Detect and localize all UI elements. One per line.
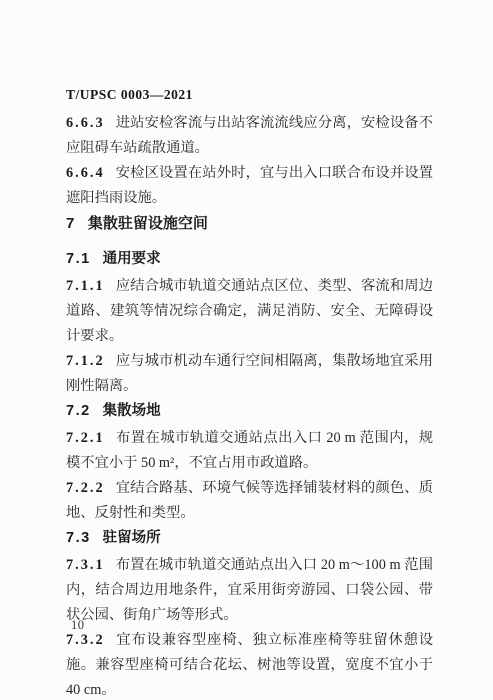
clause-7-3-2: 7.3.2宜布设兼容型座椅、独立标准座椅等驻留休憩设施。兼容型座椅可结合花坛、树… bbox=[66, 628, 433, 700]
chapter-7-heading: 7集散驻留设施空间 bbox=[66, 211, 433, 236]
clause-text: 应与城市机动车通行空间相隔离，集散场地宜采用刚性隔离。 bbox=[66, 353, 433, 394]
document-page: T/UPSC 0003—2021 6.6.3进站安检客流与出站客流流线应分离，安… bbox=[0, 0, 493, 700]
clause-number: 7.1.1 bbox=[66, 278, 105, 294]
section-title: 集散场地 bbox=[103, 403, 161, 419]
clause-6-6-4: 6.6.4安检区设置在站外时，宜与出入口联合布设并设置遮阳挡雨设施。 bbox=[66, 161, 433, 211]
standard-number-header: T/UPSC 0003—2021 bbox=[66, 86, 433, 104]
clause-7-2-2: 7.2.2宜结合路基、环境气候等选择铺装材料的颜色、质地、反射性和类型。 bbox=[66, 476, 433, 526]
chapter-number: 7 bbox=[66, 215, 76, 232]
page-content: T/UPSC 0003—2021 6.6.3进站安检客流与出站客流流线应分离，安… bbox=[66, 86, 433, 700]
clause-text: 布置在城市轨道交通站点出入口 20 m～100 m 范围内，结合周边用地条件，宜… bbox=[66, 557, 433, 623]
clause-text: 应结合城市轨道交通站点区位、类型、客流和周边道路、建筑等情况综合确定，满足消防、… bbox=[66, 278, 433, 344]
section-7-2-heading: 7.2集散场地 bbox=[66, 399, 433, 424]
clause-6-6-3: 6.6.3进站安检客流与出站客流流线应分离，安检设备不应阻碍车站疏散通道。 bbox=[66, 111, 433, 161]
section-title: 驻留场所 bbox=[103, 530, 161, 546]
clause-text: 宜布设兼容型座椅、独立标准座椅等驻留休憩设施。兼容型座椅可结合花坛、树池等设置，… bbox=[66, 632, 433, 698]
clause-number: 6.6.4 bbox=[66, 165, 105, 181]
clause-7-2-1: 7.2.1布置在城市轨道交通站点出入口 20 m 范围内，规模不宜小于 50 m… bbox=[66, 426, 433, 476]
clause-text: 宜结合路基、环境气候等选择铺装材料的颜色、质地、反射性和类型。 bbox=[66, 480, 433, 521]
clause-number: 7.2.2 bbox=[66, 480, 105, 496]
section-7-1-heading: 7.1通用要求 bbox=[66, 247, 433, 272]
section-number: 7.2 bbox=[66, 403, 91, 419]
chapter-title: 集散驻留设施空间 bbox=[88, 215, 208, 232]
clause-7-1-2: 7.1.2应与城市机动车通行空间相隔离，集散场地宜采用刚性隔离。 bbox=[66, 349, 433, 399]
section-7-3-heading: 7.3驻留场所 bbox=[66, 526, 433, 551]
clause-number: 7.1.2 bbox=[66, 353, 105, 369]
clause-number: 7.2.1 bbox=[66, 430, 105, 446]
page-number: 10 bbox=[71, 616, 85, 634]
clause-number: 6.6.3 bbox=[66, 115, 105, 131]
section-title: 通用要求 bbox=[103, 251, 161, 267]
clause-number: 7.3.1 bbox=[66, 557, 105, 573]
clause-text: 进站安检客流与出站客流流线应分离，安检设备不应阻碍车站疏散通道。 bbox=[66, 115, 433, 156]
section-number: 7.3 bbox=[66, 530, 91, 546]
clause-number: 7.3.2 bbox=[66, 632, 105, 648]
section-number: 7.1 bbox=[66, 251, 91, 267]
clause-7-3-1: 7.3.1布置在城市轨道交通站点出入口 20 m～100 m 范围内，结合周边用… bbox=[66, 553, 433, 628]
clause-text: 安检区设置在站外时，宜与出入口联合布设并设置遮阳挡雨设施。 bbox=[66, 165, 433, 206]
clause-text: 布置在城市轨道交通站点出入口 20 m 范围内，规模不宜小于 50 m²，不宜占… bbox=[66, 430, 433, 471]
clause-7-1-1: 7.1.1应结合城市轨道交通站点区位、类型、客流和周边道路、建筑等情况综合确定，… bbox=[66, 274, 433, 349]
